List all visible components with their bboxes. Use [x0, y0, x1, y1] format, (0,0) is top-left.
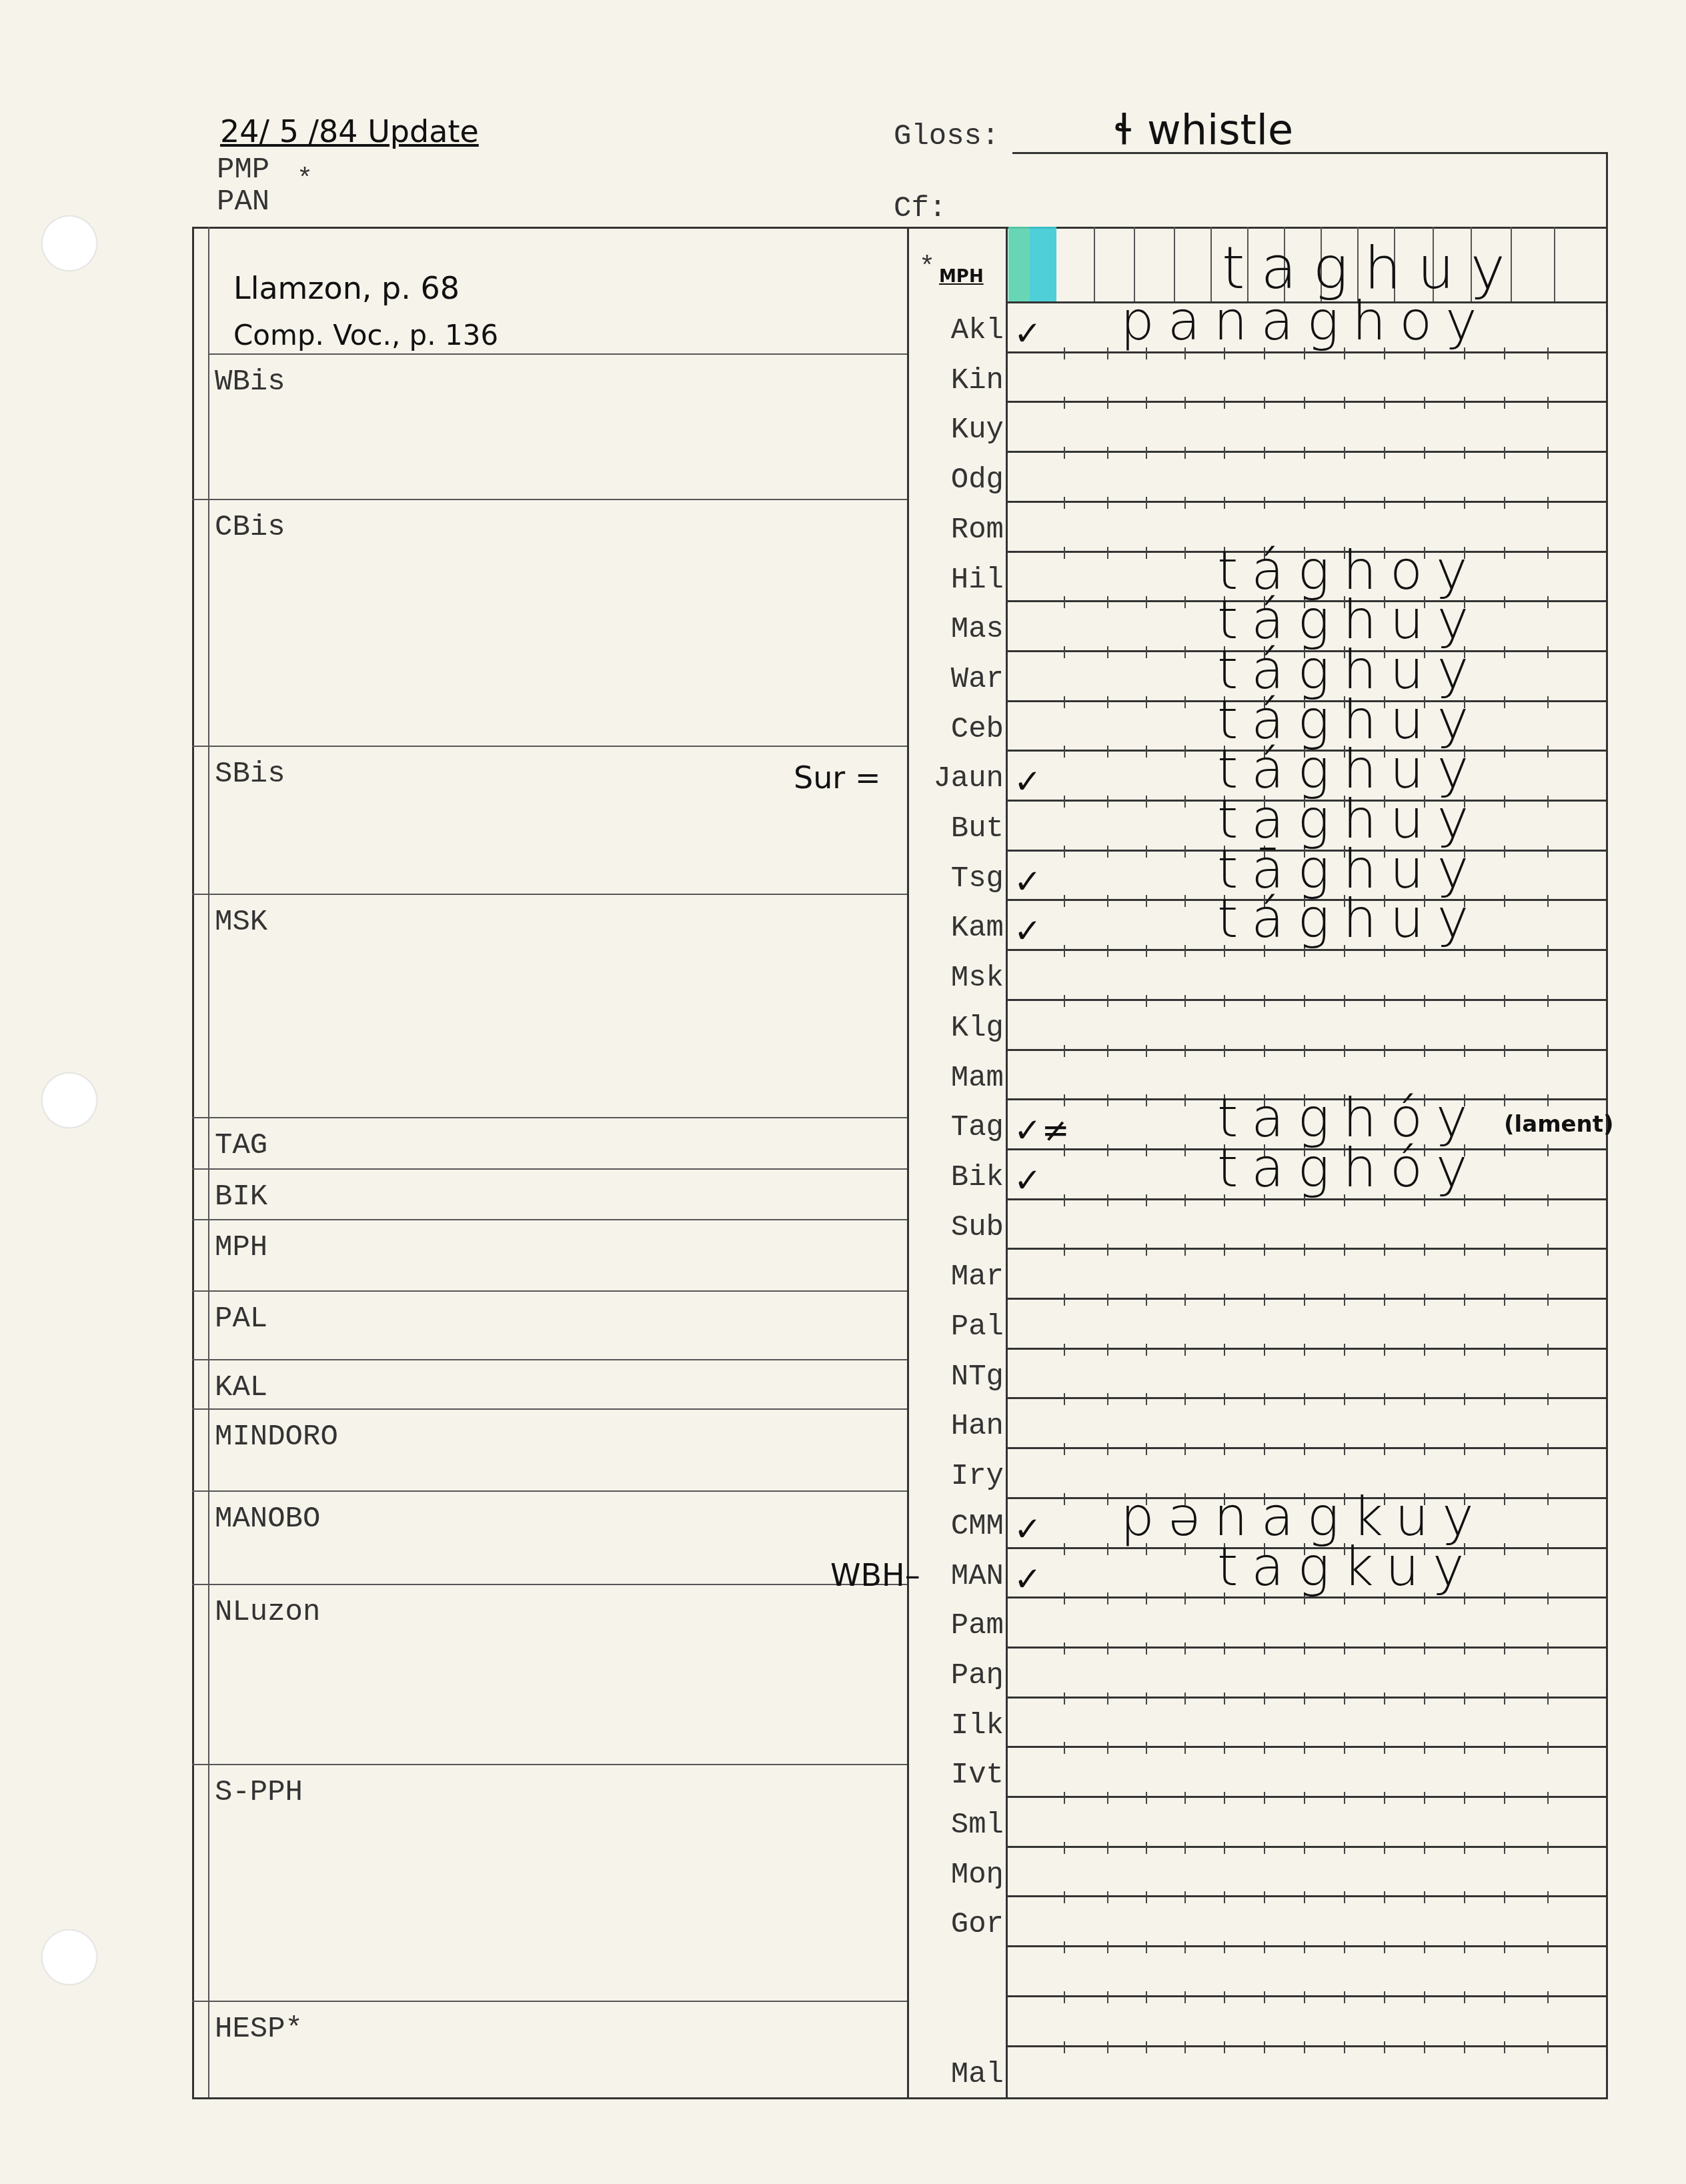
check-mark: ✓ [1014, 912, 1042, 950]
row-tick [1064, 1693, 1065, 1705]
row-tick [1224, 1842, 1225, 1854]
row-tick [1146, 1842, 1147, 1854]
row-tick [1184, 1693, 1186, 1705]
row-tick [1064, 1792, 1065, 1804]
row-tick [1384, 1443, 1385, 1455]
group-divider [192, 1584, 907, 1585]
row-tick [1107, 945, 1108, 957]
row-tick [1264, 1344, 1265, 1356]
row-tick [1547, 895, 1549, 907]
group-label-nluzon: NLuzon [215, 1596, 320, 1629]
row-tick [1424, 1294, 1425, 1306]
row-tick [1504, 1792, 1505, 1804]
group-label-wbis: WBis [215, 365, 285, 399]
row-tick [1146, 547, 1147, 559]
row-tick [1344, 1891, 1345, 1903]
row-tick [1464, 1941, 1465, 1953]
row-tick [1107, 1045, 1108, 1057]
reflex-form[interactable]: taghóy [1217, 1137, 1481, 1199]
row-tick [1384, 1891, 1385, 1903]
row-tick [1107, 1941, 1108, 1953]
language-abbr-kuy: Kuy [910, 413, 1004, 447]
reflex-form[interactable]: panaghoy [1120, 290, 1491, 352]
row-tick [1344, 397, 1345, 409]
row-tick [1064, 995, 1065, 1007]
group-label-tag: TAG [215, 1129, 267, 1162]
row-tick [1464, 397, 1465, 409]
row-tick [1304, 1344, 1305, 1356]
row-tick [1264, 995, 1265, 1007]
row-tick [1504, 1941, 1505, 1953]
row-tick [1304, 397, 1305, 409]
row-tick [1304, 1742, 1305, 1754]
row-tick [1464, 1244, 1465, 1256]
row-tick [1184, 1991, 1186, 2003]
row-tick [1224, 1742, 1225, 1754]
check-mark: ✓ [1014, 1510, 1042, 1548]
row-tick [1384, 1344, 1385, 1356]
row-tick [1146, 1592, 1147, 1604]
language-abbr-iry: Iry [910, 1460, 1004, 1493]
row-tick [1384, 447, 1385, 459]
row-tick [1464, 1045, 1465, 1057]
row-tick [1184, 1941, 1186, 1953]
row-tick [1064, 1393, 1065, 1405]
row-tick [1504, 1045, 1505, 1057]
row-tick [1547, 646, 1549, 658]
binder-hole [41, 1929, 97, 1985]
row-tick [1344, 1294, 1345, 1306]
row-tick [1504, 1344, 1505, 1356]
row-line [1007, 1348, 1606, 1350]
row-tick [1547, 1592, 1549, 1604]
table-bottom-border [192, 2097, 1607, 2099]
row-tick [1264, 1045, 1265, 1057]
row-tick [1064, 1742, 1065, 1754]
group-divider [192, 894, 907, 895]
row-tick [1384, 497, 1385, 509]
gloss-value[interactable]: ɬ whistle [1114, 105, 1293, 154]
pmp-label: PMP [217, 153, 269, 187]
row-tick [1344, 995, 1345, 1007]
row-tick [1146, 1941, 1147, 1953]
row-tick [1184, 1592, 1186, 1604]
row-tick [1464, 497, 1465, 509]
row-tick [1504, 945, 1505, 957]
row-tick [1184, 696, 1186, 708]
language-abbr-moŋ: Moŋ [910, 1859, 1004, 1892]
row-line [1007, 1945, 1606, 1947]
row-tick [1264, 2041, 1265, 2053]
row-tick [1424, 1643, 1425, 1655]
row-tick [1547, 1891, 1549, 1903]
row-tick [1547, 347, 1549, 359]
row-line [1007, 1895, 1606, 1897]
row-tick [1184, 1891, 1186, 1903]
row-tick [1304, 1842, 1305, 1854]
row-tick [1424, 447, 1425, 459]
language-abbr-kin: Kin [910, 364, 1004, 397]
row-tick [1547, 1842, 1549, 1854]
binder-hole [41, 215, 97, 271]
row-tick [1184, 1294, 1186, 1306]
row-tick [1424, 497, 1425, 509]
check-mark: ✓≠ [1014, 1111, 1070, 1150]
row-tick [1464, 1443, 1465, 1455]
row-tick [1224, 1294, 1225, 1306]
language-abbr-akl: Akl [910, 314, 1004, 347]
row-tick [1304, 497, 1305, 509]
proto-star: * [919, 253, 935, 283]
row-tick [1264, 1842, 1265, 1854]
row-tick [1146, 596, 1147, 608]
row-tick [1504, 596, 1505, 608]
row-tick [1107, 646, 1108, 658]
row-tick [1344, 1045, 1345, 1057]
row-tick [1107, 1643, 1108, 1655]
row-tick [1547, 1144, 1549, 1156]
group-label-spph: S-PPH [215, 1776, 303, 1809]
frame-right-top [1606, 152, 1608, 227]
group-divider [192, 1359, 907, 1360]
group-label-cbis: CBis [215, 511, 285, 544]
row-tick [1424, 1792, 1425, 1804]
row-tick [1184, 1742, 1186, 1754]
row-tick [1504, 1144, 1505, 1156]
row-line [1007, 1647, 1606, 1649]
language-abbr-msk: Msk [910, 962, 1004, 995]
row-tick [1064, 1443, 1065, 1455]
row-tick [1264, 1244, 1265, 1256]
row-tick [1064, 796, 1065, 808]
row-line [1007, 1397, 1606, 1399]
grid-cell-divider [1554, 227, 1555, 303]
row-tick [1146, 2041, 1147, 2053]
row-tick [1464, 1294, 1465, 1306]
row-tick [1344, 1244, 1345, 1256]
row-tick [1184, 397, 1186, 409]
row-tick [1424, 1045, 1425, 1057]
row-tick [1344, 1344, 1345, 1356]
row-tick [1384, 1244, 1385, 1256]
left-panel-right-border [907, 227, 909, 2099]
row-tick [1304, 1045, 1305, 1057]
row-tick [1107, 1443, 1108, 1455]
row-tick [1304, 1244, 1305, 1256]
row-tick [1146, 1991, 1147, 2003]
row-tick [1146, 746, 1147, 758]
row-tick [1504, 447, 1505, 459]
row-tick [1064, 596, 1065, 608]
row-tick [1384, 1045, 1385, 1057]
row-tick [1146, 646, 1147, 658]
group-divider [192, 1490, 907, 1492]
row-tick [1064, 746, 1065, 758]
row-tick [1424, 1891, 1425, 1903]
row-tick [1304, 1693, 1305, 1705]
row-tick [1224, 447, 1225, 459]
row-tick [1224, 1344, 1225, 1356]
row-tick [1146, 1094, 1147, 1106]
row-tick [1504, 1891, 1505, 1903]
row-tick [1464, 1344, 1465, 1356]
row-tick [1547, 1393, 1549, 1405]
row-tick [1264, 1991, 1265, 2003]
row-tick [1064, 1344, 1065, 1356]
row-tick [1464, 1742, 1465, 1754]
row-tick [1384, 1693, 1385, 1705]
row-tick [1384, 1991, 1385, 2003]
group-label-manobo: MANOBO [215, 1502, 320, 1536]
row-tick [1304, 1891, 1305, 1903]
row-tick [1107, 2041, 1108, 2053]
row-tick [1107, 796, 1108, 808]
row-tick [1384, 1941, 1385, 1953]
group-divider [192, 1168, 907, 1170]
row-tick [1547, 846, 1549, 858]
row-tick [1146, 1643, 1147, 1655]
row-tick [1184, 1194, 1186, 1206]
language-abbr-gor: Gor [910, 1908, 1004, 1941]
reflex-form[interactable]: tághuy [1217, 888, 1482, 950]
group-label-pal: PAL [215, 1302, 267, 1336]
language-abbr-klg: Klg [910, 1012, 1004, 1045]
row-tick [1224, 1693, 1225, 1705]
reference-llamzon: Llamzon, p. 68 [233, 270, 460, 306]
row-tick [1504, 1294, 1505, 1306]
row-tick [1424, 397, 1425, 409]
row-tick [1384, 1842, 1385, 1854]
row-tick [1107, 696, 1108, 708]
row-tick [1384, 1393, 1385, 1405]
row-line [1007, 501, 1606, 503]
group-label-bik: BIK [215, 1180, 267, 1214]
row-tick [1384, 2041, 1385, 2053]
row-tick [1146, 1443, 1147, 1455]
row-tick [1504, 696, 1505, 708]
row-tick [1184, 746, 1186, 758]
group-label-sbis: SBis [215, 758, 285, 791]
row-tick [1424, 1842, 1425, 1854]
row-tick [1344, 497, 1345, 509]
row-tick [1424, 1244, 1425, 1256]
row-tick [1107, 1344, 1108, 1356]
group-label-msk: MSK [215, 906, 267, 939]
row-tick [1504, 1742, 1505, 1754]
row-tick [1064, 1094, 1065, 1106]
row-tick [1146, 945, 1147, 957]
language-abbr-ceb: Ceb [910, 713, 1004, 746]
row-tick [1547, 1194, 1549, 1206]
group-divider [192, 2001, 907, 2002]
language-abbr-jaun: Jaun [910, 762, 1004, 796]
group-label-mindoro: MINDORO [215, 1420, 338, 1454]
row-tick [1547, 1045, 1549, 1057]
row-tick [1107, 995, 1108, 1007]
row-tick [1064, 547, 1065, 559]
row-tick [1264, 1742, 1265, 1754]
group-divider [192, 1117, 907, 1118]
row-tick [1184, 1443, 1186, 1455]
row-tick [1504, 995, 1505, 1007]
group-label-hesp: HESP* [215, 2013, 303, 2046]
language-abbr-man: MAN [910, 1560, 1004, 1593]
row-tick [1064, 895, 1065, 907]
row-tick [1184, 1393, 1186, 1405]
row-tick [1384, 1742, 1385, 1754]
row-tick [1146, 497, 1147, 509]
language-abbr-pal: Pal [910, 1310, 1004, 1344]
row-tick [1547, 447, 1549, 459]
row-tick [1424, 1443, 1425, 1455]
row-tick [1064, 945, 1065, 957]
row-tick [1264, 1693, 1265, 1705]
row-tick [1064, 1045, 1065, 1057]
row-tick [1264, 1294, 1265, 1306]
row-tick [1224, 995, 1225, 1007]
row-tick [1146, 1144, 1147, 1156]
gloss-label: Gloss: [894, 120, 999, 153]
row-tick [1547, 796, 1549, 808]
group-divider [192, 1219, 907, 1220]
row-tick [1224, 1393, 1225, 1405]
row-tick [1504, 1244, 1505, 1256]
row-tick [1304, 447, 1305, 459]
row-tick [1146, 1891, 1147, 1903]
row-tick [1547, 596, 1549, 608]
group-label-mph: MPH [215, 1231, 267, 1264]
row-tick [1504, 796, 1505, 808]
row-tick [1146, 696, 1147, 708]
row-tick [1184, 1792, 1186, 1804]
gloss-underline [1012, 152, 1607, 154]
language-abbr-mam: Mam [910, 1062, 1004, 1095]
row-tick [1464, 1693, 1465, 1705]
row-tick [1547, 497, 1549, 509]
row-tick [1464, 1393, 1465, 1405]
language-abbr-tag: Tag [910, 1111, 1004, 1144]
entry-grid-right-border [1606, 227, 1608, 2099]
row-tick [1146, 995, 1147, 1007]
row-tick [1504, 646, 1505, 658]
row-tick [1304, 1792, 1305, 1804]
row-tick [1064, 347, 1065, 359]
row-tick [1184, 1643, 1186, 1655]
row-tick [1146, 1194, 1147, 1206]
row-tick [1064, 1643, 1065, 1655]
group-divider [192, 1290, 907, 1292]
row-tick [1464, 1792, 1465, 1804]
row-tick [1264, 497, 1265, 509]
row-tick [1547, 1344, 1549, 1356]
row-tick [1064, 1592, 1065, 1604]
row-tick [1547, 397, 1549, 409]
row-tick [1146, 1393, 1147, 1405]
row-tick [1504, 846, 1505, 858]
row-tick [1064, 846, 1065, 858]
row-line [1007, 1447, 1606, 1449]
language-abbr-ivt: Ivt [910, 1759, 1004, 1792]
row-tick [1344, 447, 1345, 459]
row-line [1007, 1746, 1606, 1748]
row-tick [1344, 1693, 1345, 1705]
row-tick [1547, 1244, 1549, 1256]
row-tick [1107, 1393, 1108, 1405]
row-line [1007, 1248, 1606, 1250]
row-tick [1107, 1543, 1108, 1555]
language-abbr-sml: Sml [910, 1809, 1004, 1842]
row-tick [1547, 1443, 1549, 1455]
row-tick [1146, 447, 1147, 459]
language-abbr-ntg: NTg [910, 1360, 1004, 1394]
row-tick [1547, 746, 1549, 758]
language-abbr-sub: Sub [910, 1211, 1004, 1244]
language-abbr-but: But [910, 812, 1004, 846]
row-tick [1064, 696, 1065, 708]
row-tick [1064, 1941, 1065, 1953]
row-tick [1184, 646, 1186, 658]
row-tick [1547, 547, 1549, 559]
row-tick [1304, 1643, 1305, 1655]
binder-hole [41, 1072, 97, 1128]
row-tick [1504, 1493, 1505, 1505]
row-tick [1146, 1742, 1147, 1754]
row-tick [1424, 1941, 1425, 1953]
row-tick [1107, 1592, 1108, 1604]
row-tick [1384, 995, 1385, 1007]
row-tick [1107, 596, 1108, 608]
group-divider [192, 1408, 907, 1410]
proto-label: MPH [939, 267, 984, 287]
row-tick [1304, 1443, 1305, 1455]
row-tick [1464, 1643, 1465, 1655]
reflex-note: (lament) [1504, 1111, 1614, 1138]
row-line [1007, 1298, 1606, 1300]
check-mark: ✓ [1014, 1161, 1042, 1200]
row-tick [1547, 1991, 1549, 2003]
row-tick [1344, 1792, 1345, 1804]
row-tick [1264, 1643, 1265, 1655]
row-tick [1146, 1244, 1147, 1256]
row-tick [1424, 1991, 1425, 2003]
row-tick [1064, 1891, 1065, 1903]
highlight-marker [1008, 227, 1056, 303]
row-tick [1304, 1941, 1305, 1953]
row-line [1007, 999, 1606, 1001]
row-tick [1304, 2041, 1305, 2053]
row-tick [1064, 1194, 1065, 1206]
row-tick [1224, 1941, 1225, 1953]
row-tick [1064, 1842, 1065, 1854]
row-tick [1424, 995, 1425, 1007]
row-tick [1224, 1991, 1225, 2003]
row-tick [1547, 1693, 1549, 1705]
row-tick [1547, 1543, 1549, 1555]
row-tick [1504, 895, 1505, 907]
row-tick [1146, 846, 1147, 858]
row-tick [1464, 1842, 1465, 1854]
row-tick [1424, 1393, 1425, 1405]
pmp-star: * [297, 165, 313, 195]
row-tick [1107, 846, 1108, 858]
row-tick [1344, 1643, 1345, 1655]
row-tick [1547, 1294, 1549, 1306]
row-tick [1264, 397, 1265, 409]
row-tick [1504, 1393, 1505, 1405]
reflex-form[interactable]: tagkuy [1217, 1536, 1477, 1598]
row-tick [1184, 547, 1186, 559]
row-tick [1107, 1094, 1108, 1106]
